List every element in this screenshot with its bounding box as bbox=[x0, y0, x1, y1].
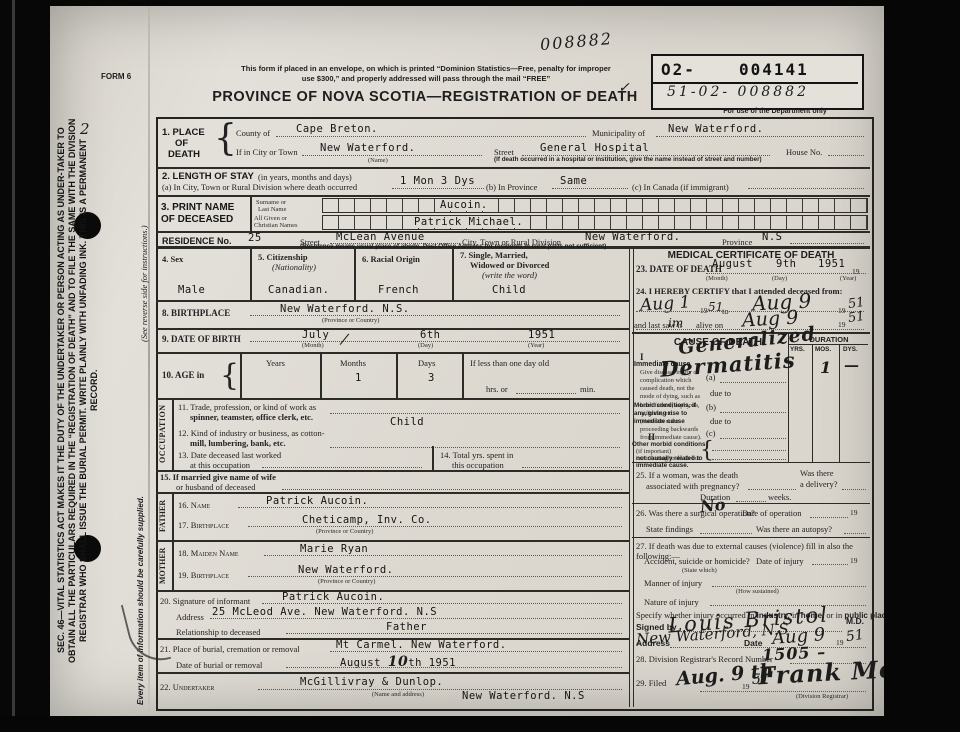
dob-label: 9. DATE OF BIRTH bbox=[162, 334, 241, 344]
dod-year: 1951 bbox=[818, 258, 845, 270]
citizenship-value: Canadian. bbox=[268, 284, 329, 296]
s3-given-label1: All Given or bbox=[254, 215, 287, 222]
dl bbox=[248, 525, 622, 527]
surname-comb-boxes bbox=[322, 198, 868, 213]
sep bbox=[432, 446, 434, 470]
citizenship-note: (Nationality) bbox=[272, 262, 316, 272]
s13-label1: 13. Date deceased last worked bbox=[178, 450, 281, 460]
rule-l2 bbox=[156, 328, 630, 330]
dl bbox=[712, 449, 786, 451]
s27-nature-label: Nature of injury bbox=[644, 597, 699, 607]
s1-street-caption: (If death occurred in a hospital or inst… bbox=[494, 156, 824, 163]
s27-19: 19 bbox=[850, 556, 858, 565]
age-hrs-label: hrs. or bbox=[486, 384, 508, 394]
s2-label: 2. LENGTH OF STAY bbox=[162, 171, 254, 182]
cause-other-bold2: not causally related to immediate cause. bbox=[636, 455, 704, 469]
s2-a-label: (a) In City, Town or Rural Division wher… bbox=[162, 182, 357, 192]
father-birthplace-label: 17. Birthplace bbox=[178, 520, 229, 530]
duration-dys: DYS. bbox=[843, 346, 858, 353]
rule-l10 bbox=[156, 672, 630, 674]
dl bbox=[656, 135, 864, 137]
dob-day-cap: (Day) bbox=[418, 342, 433, 349]
dl bbox=[720, 381, 786, 383]
cause-other-bold: Other morbid conditions bbox=[632, 441, 705, 448]
s2-a-value: 1 Mon 3 Dys bbox=[400, 175, 475, 187]
registrar-caption: (Division Registrar) bbox=[796, 693, 848, 700]
s11-label1: 11. Trade, profession, or kind of work a… bbox=[178, 402, 316, 412]
mother-name-label: 18. Maiden Name bbox=[178, 548, 239, 558]
dl bbox=[262, 602, 622, 604]
undertaker-value2: New Waterford. N.S bbox=[462, 690, 585, 702]
age-years-label: Years bbox=[266, 358, 285, 368]
s12-label1: 12. Kind of industry or business, as cot… bbox=[178, 428, 325, 438]
s1-county-value: Cape Breton. bbox=[296, 123, 378, 135]
dl bbox=[302, 154, 482, 156]
s13-label2: at this occupation bbox=[190, 460, 250, 470]
s1-house-label: House No. bbox=[786, 147, 822, 157]
age-days-label: Days bbox=[418, 358, 435, 368]
dl bbox=[248, 575, 622, 577]
sidebar-every-item-note: Every item of information should be care… bbox=[136, 415, 148, 705]
dl bbox=[276, 135, 586, 137]
dl bbox=[516, 392, 576, 394]
father-name-label: 16. Name bbox=[178, 500, 210, 510]
s27-date-injury-label: Date of injury bbox=[756, 556, 804, 566]
s1-county-label: County of bbox=[236, 128, 270, 138]
dl bbox=[552, 187, 628, 189]
rule-l4 bbox=[156, 398, 630, 400]
cause-due2: due to bbox=[710, 416, 731, 426]
residence-no-value: 25 bbox=[248, 232, 262, 244]
informant-relationship-label: Relationship to deceased bbox=[176, 627, 261, 637]
sep bbox=[812, 344, 813, 462]
dl bbox=[286, 632, 622, 634]
sex-label: 4. Sex bbox=[162, 254, 183, 264]
s3-given-label2: Christian Names bbox=[254, 222, 298, 229]
sep bbox=[172, 492, 174, 540]
given-name-comb-boxes bbox=[322, 215, 868, 230]
certify-y3-hw: 51 bbox=[847, 309, 865, 326]
sep bbox=[240, 352, 242, 398]
form-title: PROVINCE OF NOVA SCOTIA—REGISTRATION OF … bbox=[170, 89, 680, 105]
mail-note-line2: use $300,” and properly addressed will p… bbox=[196, 74, 656, 83]
racial-origin-label: 6. Racial Origin bbox=[362, 254, 420, 264]
box-caption: For use of the Department only bbox=[690, 108, 860, 115]
scanned-death-certificate: SEC. 46—VITAL STATISTICS ACT MAKES IT TH… bbox=[0, 0, 960, 732]
dl bbox=[522, 466, 622, 468]
dl bbox=[330, 446, 620, 448]
mother-vertical-label: MOTHER bbox=[158, 543, 171, 588]
sep bbox=[250, 248, 252, 300]
rule-r1 bbox=[156, 167, 870, 169]
dl bbox=[748, 488, 796, 490]
rule-l3 bbox=[156, 352, 630, 354]
s1-number-label: 1. PLACE bbox=[162, 127, 205, 138]
dod-month: August bbox=[712, 258, 753, 270]
stamp-prefix: O2- bbox=[661, 60, 696, 79]
s26-date-label: Date of operation bbox=[742, 508, 801, 518]
sex-value: Male bbox=[178, 284, 205, 296]
residence-province-value: N.S bbox=[762, 231, 782, 243]
s1-municipality-value: New Waterford. bbox=[668, 123, 764, 135]
s15-label2: or husband of deceased bbox=[176, 482, 256, 492]
dl bbox=[720, 411, 786, 413]
rule-l6 bbox=[156, 492, 630, 494]
s1-of: OF bbox=[175, 138, 188, 149]
sep bbox=[354, 248, 356, 300]
sep bbox=[396, 352, 398, 398]
s1-city-caption: (Name) bbox=[368, 157, 388, 164]
s1-street-value: General Hospital bbox=[540, 142, 649, 154]
s1-death: DEATH bbox=[168, 149, 200, 160]
sep bbox=[462, 352, 464, 398]
undertaker-caption: (Name and address) bbox=[372, 691, 424, 698]
cause-duration-mos-hw: 1 bbox=[820, 358, 831, 377]
dl bbox=[250, 314, 620, 316]
mother-birthplace-caption: (Province or Country) bbox=[318, 578, 375, 585]
checkmark-handwritten: ✓ bbox=[618, 80, 630, 96]
age-label: 10. AGE in bbox=[162, 370, 204, 380]
scan-right-bar bbox=[884, 0, 960, 732]
s2-label-note: (in years, months and days) bbox=[258, 172, 352, 182]
s1-city-label: If in City or Town bbox=[236, 147, 298, 157]
dod-day-cap: (Day) bbox=[772, 275, 787, 282]
pencil-mark: 2 bbox=[80, 120, 90, 138]
dl bbox=[706, 272, 866, 274]
s25-delivery-label1: Was there bbox=[800, 468, 834, 478]
s12-label2: mill, lumbering, bank, etc. bbox=[190, 438, 286, 448]
marital-note: (write the word) bbox=[482, 270, 537, 280]
marital-value: Child bbox=[492, 284, 526, 296]
dl bbox=[330, 412, 620, 414]
age-days-value: 3 bbox=[428, 372, 435, 384]
rule-l1 bbox=[156, 300, 630, 302]
residence-label: RESIDENCE No. bbox=[162, 236, 232, 246]
s3-label1: 3. PRINT NAME bbox=[161, 202, 234, 213]
dob-year-cap: (Year) bbox=[528, 342, 544, 349]
s1-city-value: New Waterford. bbox=[320, 142, 416, 154]
scan-bottom-bar bbox=[0, 716, 960, 732]
dl bbox=[828, 154, 864, 156]
rule-s26 bbox=[632, 537, 870, 538]
signed-year-hw: 51 bbox=[845, 627, 865, 645]
s3-surname-value: Aucoin. bbox=[438, 199, 490, 211]
s11-label2: spinner, teamster, office clerk, etc. bbox=[190, 412, 313, 422]
s26-no-handwritten: No bbox=[699, 495, 726, 517]
dod-day: 9th bbox=[776, 258, 796, 270]
sidebar-see-reverse-note: (See reverse side for instructions.) bbox=[139, 132, 151, 342]
dl bbox=[844, 532, 866, 534]
s25-label1: 25. If a woman, was the death bbox=[636, 470, 738, 480]
dl bbox=[712, 585, 866, 587]
cause-c-label: (c) bbox=[706, 428, 715, 438]
sep bbox=[172, 398, 174, 470]
s25-delivery-label2: a delivery? bbox=[800, 479, 838, 489]
marital-label1: 7. Single, Married, bbox=[460, 250, 528, 260]
dod-month-cap: (Month) bbox=[706, 275, 728, 282]
s25-weeks-label: weeks. bbox=[768, 492, 791, 502]
sidebar-vital-statistics-notice: SEC. 46—VITAL STATISTICS ACT MAKES IT TH… bbox=[56, 118, 120, 663]
dl bbox=[210, 617, 622, 619]
age-months-value: 1 bbox=[355, 372, 362, 384]
duration-mos: MOS. bbox=[815, 346, 831, 353]
father-birthplace-caption: (Province or Country) bbox=[316, 528, 373, 535]
sep bbox=[452, 248, 454, 300]
occupation-vertical-label: OCCUPATION bbox=[158, 400, 171, 468]
s14-label2: this occupation bbox=[452, 460, 504, 470]
undertaker-value: McGillivray & Dunlop. bbox=[300, 676, 443, 688]
residence-division-value: New Waterford. bbox=[585, 231, 681, 243]
age-min-label: min. bbox=[580, 384, 595, 394]
informant-label: 20. Signature of informant bbox=[160, 596, 250, 606]
dl bbox=[250, 340, 620, 342]
rule-s25 bbox=[632, 503, 870, 504]
dl bbox=[700, 690, 866, 692]
s26-autopsy-label: Was there an autopsy? bbox=[756, 524, 832, 534]
sep bbox=[250, 195, 252, 231]
dl bbox=[720, 437, 786, 439]
dl bbox=[748, 187, 864, 189]
s26-label: 26. Was there a surgical operation? bbox=[636, 508, 755, 518]
s27-how-sustained: (How sustained) bbox=[736, 588, 779, 595]
dl bbox=[810, 516, 848, 518]
age-brace: { bbox=[220, 358, 239, 393]
sep bbox=[320, 352, 322, 398]
citizenship-label: 5. Citizenship bbox=[258, 252, 308, 262]
rule-l7 bbox=[156, 540, 630, 542]
mail-note-line1: This form if placed in an envelope, on w… bbox=[196, 64, 656, 73]
dl bbox=[238, 506, 622, 508]
s3-given-value: Patrick Michael. bbox=[412, 216, 525, 228]
sep bbox=[839, 344, 840, 462]
md-label: M.D. bbox=[846, 616, 864, 626]
dl bbox=[700, 532, 752, 534]
s3-surname-label1: Surname or bbox=[256, 199, 286, 206]
s3-label2: OF DECEASED bbox=[161, 214, 233, 225]
dl bbox=[282, 488, 622, 490]
box-handwritten-number: 51-02- 008882 bbox=[667, 84, 809, 100]
s2-c-label: (c) In Canada (if immigrant) bbox=[632, 182, 729, 192]
s14-label1: 14. Total yrs. spent in bbox=[440, 450, 513, 460]
s11-value: Child bbox=[390, 416, 424, 428]
informant-address-label: Address bbox=[176, 612, 204, 622]
certify-from-handwritten: Aug 1 bbox=[639, 292, 691, 315]
age-months-label: Months bbox=[340, 358, 366, 368]
s2-b-value: Same bbox=[560, 175, 587, 187]
dl bbox=[842, 488, 866, 490]
scan-edge-line bbox=[12, 0, 15, 732]
age-less-label: If less than one day old bbox=[470, 358, 549, 368]
birthplace-caption: (Province or Country) bbox=[322, 317, 379, 324]
birthplace-label: 8. BIRTHPLACE bbox=[162, 308, 230, 318]
s26-findings-label: State findings bbox=[646, 524, 693, 534]
cause-duration-dys-hw: — bbox=[844, 356, 859, 374]
residence-division-label: City, Town or Rural Division bbox=[462, 237, 561, 247]
dl bbox=[392, 187, 484, 189]
dl bbox=[264, 554, 622, 556]
s29-label: 29. Filed bbox=[636, 678, 666, 688]
mother-birthplace-label: 19. Birthplace bbox=[178, 570, 229, 580]
s25-label2: associated with pregnancy? bbox=[646, 481, 739, 491]
cause-due1: due to bbox=[710, 388, 731, 398]
residence-province-label: Province bbox=[722, 237, 752, 247]
s27-state-which: (State which) bbox=[682, 567, 717, 574]
dl bbox=[712, 458, 786, 460]
dl bbox=[736, 500, 766, 502]
s26-19: 19 bbox=[850, 508, 858, 517]
s3-surname-label2: Last Name bbox=[258, 206, 286, 213]
s1-brace: { bbox=[214, 118, 237, 159]
rule-l8 bbox=[156, 590, 630, 592]
cause-b-label: (b) bbox=[706, 402, 716, 412]
dl bbox=[790, 242, 864, 244]
dl bbox=[812, 563, 848, 565]
s1-municipality-label: Municipality of bbox=[592, 128, 645, 138]
undertaker-label: 22. Undertaker bbox=[160, 682, 214, 692]
department-number-box: O2- 004141 51-02- 008882 bbox=[651, 54, 864, 110]
dl bbox=[330, 650, 622, 652]
burial-place-label: 21. Place of burial, cremation or remova… bbox=[160, 644, 300, 654]
dod-year-cap: (Year) bbox=[840, 275, 856, 282]
s15-label1: 15. If married give name of wife bbox=[160, 472, 276, 482]
stamp-number: 004141 bbox=[739, 60, 809, 79]
marital-label2: Widowed or Divorced bbox=[470, 260, 549, 270]
s27-manner-label: Manner of injury bbox=[644, 578, 702, 588]
form-number: FORM 6 bbox=[101, 72, 131, 81]
burial-date-label: Date of burial or removal bbox=[176, 660, 262, 670]
racial-origin-value: French bbox=[378, 284, 419, 296]
rule-r2 bbox=[156, 195, 870, 197]
father-vertical-label: FATHER bbox=[158, 494, 171, 538]
dob-month-cap: (Month) bbox=[302, 342, 324, 349]
s27-accident-label: Accident, suicide or homicide? bbox=[644, 556, 750, 566]
dl bbox=[286, 666, 622, 668]
dl bbox=[262, 466, 422, 468]
sep bbox=[172, 540, 174, 590]
s2-b-label: (b) In Province bbox=[486, 182, 537, 192]
